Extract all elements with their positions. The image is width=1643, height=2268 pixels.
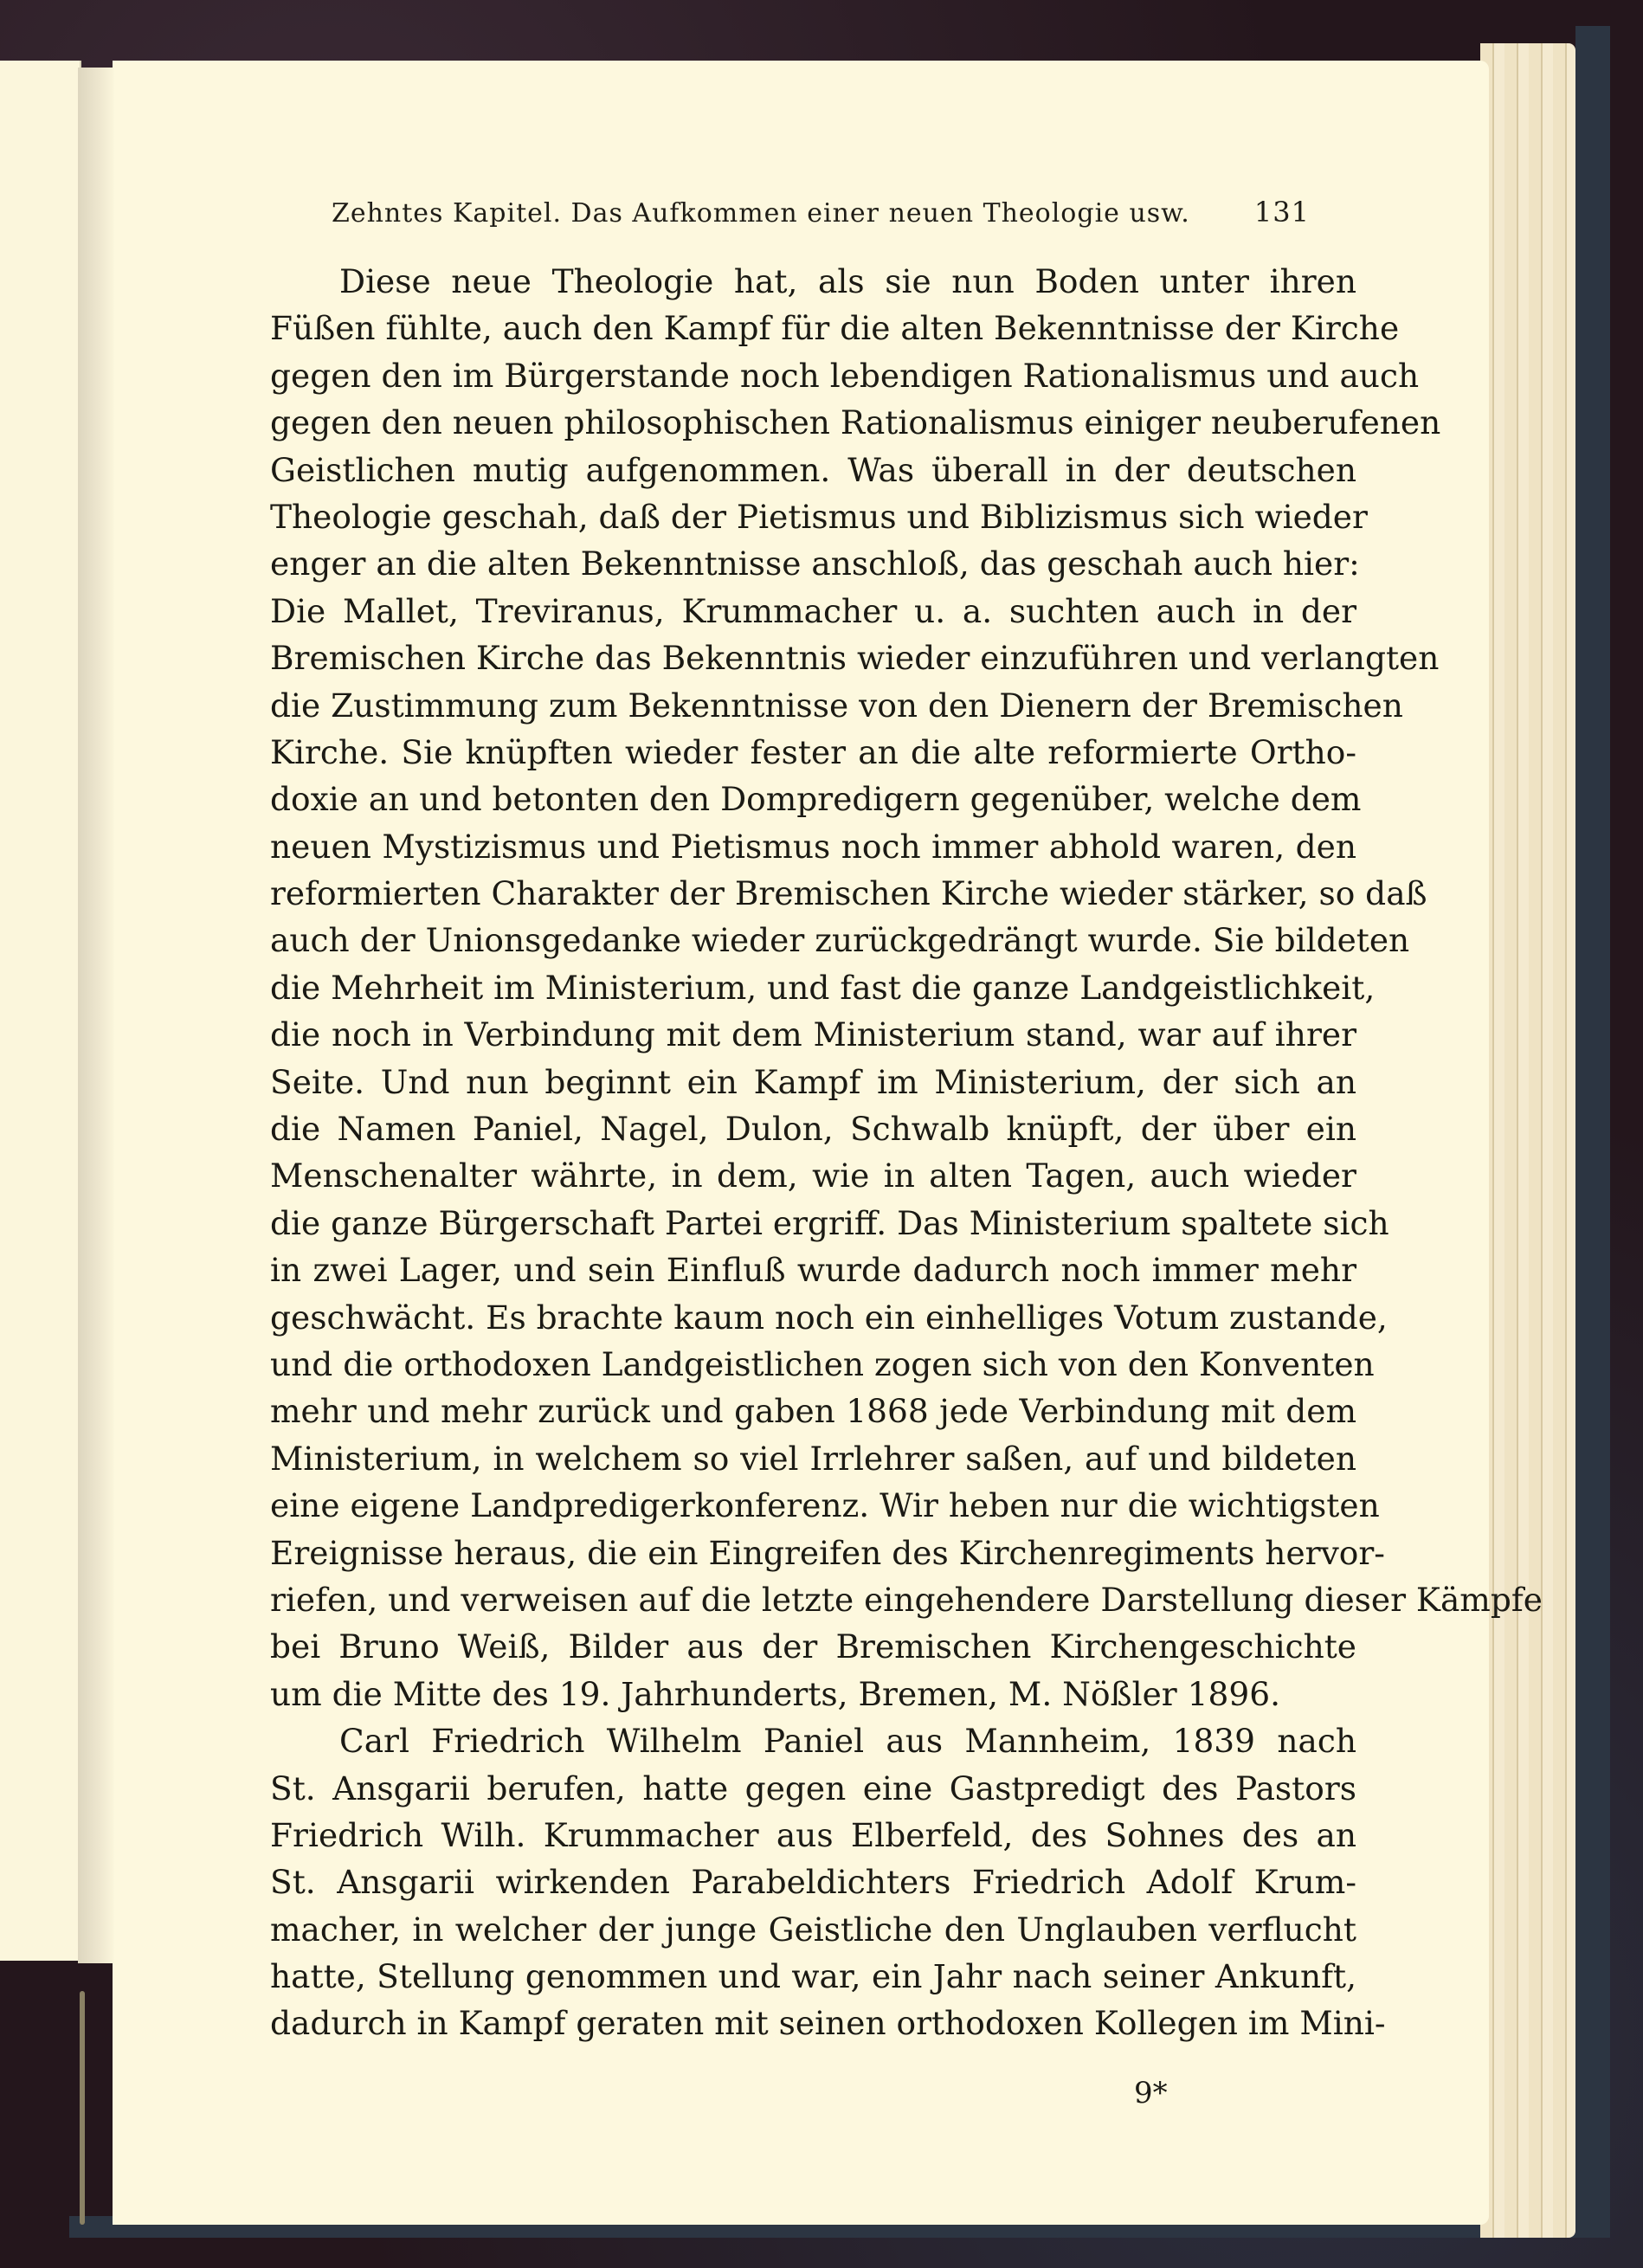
- text-line: in zwei Lager, und sein Einfluß wurde da…: [270, 1247, 1356, 1293]
- text-line: Menschenalter währte, in dem, wie in alt…: [270, 1152, 1356, 1199]
- text-line: und die orthodoxen Landgeistlichen zogen…: [270, 1341, 1356, 1388]
- text-line: die noch in Verbindung mit dem Ministeri…: [270, 1011, 1356, 1058]
- text-line: Ministerium, in welchem so viel Irrlehre…: [270, 1435, 1356, 1482]
- left-page-sliver: [0, 61, 81, 1961]
- text-line: mehr und mehr zurück und gaben 1868 jede…: [270, 1388, 1356, 1434]
- text-line: um die Mitte des 19. Jahrhunderts, Breme…: [270, 1671, 1356, 1717]
- text-line: Diese neue Theologie hat, als sie nun Bo…: [270, 258, 1356, 305]
- text-line: gegen den neuen philosophischen Rational…: [270, 399, 1356, 446]
- text-line: Kirche. Sie knüpften wieder fester an di…: [270, 729, 1356, 776]
- text-line: auch der Unionsgedanke wieder zurückgedr…: [270, 917, 1356, 963]
- text-line: bei Bruno Weiß, Bilder aus der Bremische…: [270, 1623, 1356, 1670]
- book-gutter: [78, 68, 114, 1963]
- body-text: Diese neue Theologie hat, als sie nun Bo…: [270, 258, 1356, 2047]
- text-line: Seite. Und nun beginnt ein Kampf im Mini…: [270, 1059, 1356, 1105]
- text-line: Ereignisse heraus, die ein Eingreifen de…: [270, 1530, 1356, 1576]
- text-line: doxie an und betonten den Dompredigern g…: [270, 776, 1356, 822]
- text-line: Geistlichen mutig aufgenommen. Was übera…: [270, 447, 1356, 493]
- text-line: die Namen Paniel, Nagel, Dulon, Schwalb …: [270, 1105, 1356, 1152]
- text-line: die Zustimmung zum Bekenntnisse von den …: [270, 682, 1356, 729]
- text-line: dadurch in Kampf geraten mit seinen orth…: [270, 2000, 1356, 2046]
- text-line: neuen Mystizismus und Pietismus noch imm…: [270, 823, 1356, 870]
- text-line: St. Ansgarii berufen, hatte gegen eine G…: [270, 1765, 1356, 1812]
- text-line: gegen den im Bürgerstande noch lebendige…: [270, 352, 1356, 399]
- text-line: hatte, Stellung genommen und war, ein Ja…: [270, 1953, 1356, 2000]
- running-head-title: Zehntes Kapitel. Das Aufkommen einer neu…: [332, 198, 1190, 229]
- text-line: die Mehrheit im Ministerium, und fast di…: [270, 964, 1356, 1011]
- text-line: macher, in welcher der junge Geistliche …: [270, 1906, 1356, 1953]
- text-line: Die Mallet, Treviranus, Krummacher u. a.…: [270, 588, 1356, 635]
- text-line: Friedrich Wilh. Krummacher aus Elberfeld…: [270, 1812, 1356, 1859]
- page-edges: [1480, 43, 1575, 2238]
- signature-mark: 9*: [1134, 2076, 1168, 2110]
- running-head: Zehntes Kapitel. Das Aufkommen einer neu…: [332, 196, 1310, 229]
- text-line: Füßen fühlte, auch den Kampf für die alt…: [270, 305, 1356, 351]
- text-line: Bremischen Kirche das Bekenntnis wieder …: [270, 635, 1356, 681]
- binding-thread: [80, 1991, 85, 2225]
- text-line: geschwächt. Es brachte kaum noch ein ein…: [270, 1294, 1356, 1341]
- text-line: Carl Friedrich Wilhelm Paniel aus Mannhe…: [270, 1717, 1356, 1764]
- cover-cloth-edge-right: [1575, 26, 1610, 2238]
- text-line: eine eigene Landpredigerkonferenz. Wir h…: [270, 1482, 1356, 1529]
- text-line: die ganze Bürgerschaft Partei ergriff. D…: [270, 1200, 1356, 1247]
- text-line: riefen, und verweisen auf die letzte ein…: [270, 1576, 1356, 1623]
- text-line: enger an die alten Bekenntnisse anschloß…: [270, 540, 1356, 587]
- text-line: Theologie geschah, daß der Pietismus und…: [270, 493, 1356, 540]
- text-line: reformierten Charakter der Bremischen Ki…: [270, 870, 1356, 917]
- page-number: 131: [1254, 196, 1310, 229]
- text-line: St. Ansgarii wirkenden Parabeldichters F…: [270, 1859, 1356, 1905]
